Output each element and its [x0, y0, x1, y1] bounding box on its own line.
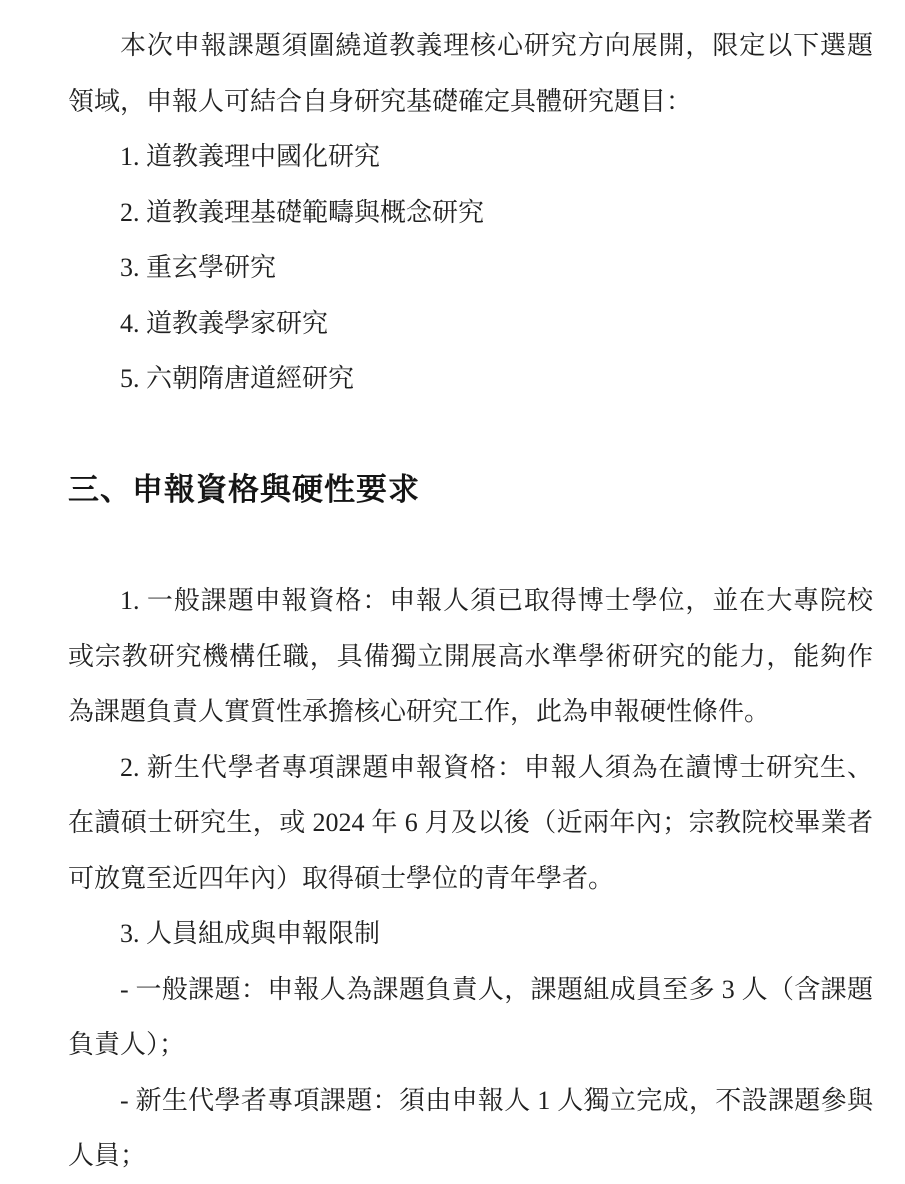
- topic-list-item: 3. 重玄學研究: [68, 240, 873, 296]
- intro-paragraph: 本次申報課題須圍繞道教義理核心研究方向展開，限定以下選題領域，申報人可結合自身研…: [68, 18, 873, 129]
- body-paragraph: - 新生代學者專項課題：須由申報人 1 人獨立完成，不設課題參與人員；: [68, 1073, 873, 1184]
- topic-list-item: 4. 道教義學家研究: [68, 296, 873, 352]
- document-content: 本次申報課題須圍繞道教義理核心研究方向展開，限定以下選題領域，申報人可結合自身研…: [0, 0, 905, 1184]
- body-paragraph: 1. 一般課題申報資格：申報人須已取得博士學位，並在大專院校或宗教研究機構任職，…: [68, 573, 873, 740]
- topic-list-item: 1. 道教義理中國化研究: [68, 129, 873, 185]
- section-heading: 三、申報資格與硬性要求: [68, 462, 873, 518]
- topic-list-item: 5. 六朝隋唐道經研究: [68, 351, 873, 407]
- topic-list-item: 2. 道教義理基礎範疇與概念研究: [68, 185, 873, 241]
- body-paragraph: 3. 人員組成與申報限制: [68, 906, 873, 962]
- body-paragraph: 2. 新生代學者專項課題申報資格：申報人須為在讀博士研究生、在讀碩士研究生，或 …: [68, 740, 873, 907]
- body-paragraph: - 一般課題：申報人為課題負責人，課題組成員至多 3 人（含課題負責人）；: [68, 962, 873, 1073]
- document-page: 本次申報課題須圍繞道教義理核心研究方向展開，限定以下選題領域，申報人可結合自身研…: [0, 0, 905, 1184]
